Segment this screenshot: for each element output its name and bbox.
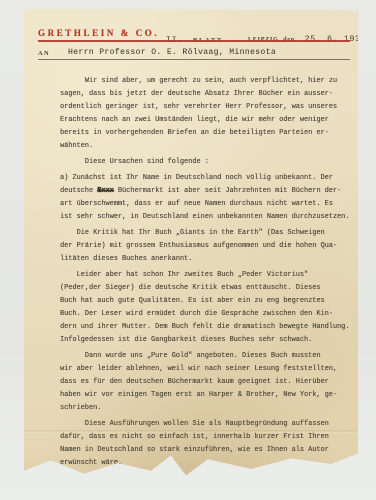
letterhead-rule — [38, 40, 350, 42]
scan-background: GRETHLEIN & CO. II. BLATT LEIPZIG, den 2… — [0, 0, 376, 500]
place-and-date: LEIPZIG, den 25. 6. 1930 — [248, 28, 366, 46]
company-name: GRETHLEIN & CO. — [38, 28, 159, 38]
letter-body: Wir sind aber, um gerecht zu sein, auch … — [60, 75, 355, 473]
sheet-label: II. BLATT — [166, 29, 223, 47]
recipient-line: Herrn Professor O. E. Rölvaag, Minnesota — [68, 48, 276, 57]
paragraph-cause-a: a) Zunächst ist Ihr Name in Deutschland … — [60, 172, 355, 224]
paragraph-conclusion: Diese Ausführungen wollen Sie als Hauptb… — [60, 418, 355, 470]
letter-date: 25. 6. 1930 — [305, 34, 367, 44]
paragraph-causes-heading: Diese Ursachen sind folgende : — [60, 156, 355, 169]
paragraph-intro: Wir sind aber, um gerecht zu sein, auch … — [60, 75, 355, 153]
paragraph-peder-review: Leider aber hat schon Ihr zweites Buch „… — [60, 269, 355, 347]
paragraph-pure-gold: Dann wurde uns „Pure Gold" angeboten. Di… — [60, 350, 355, 415]
letter-page: GRETHLEIN & CO. II. BLATT LEIPZIG, den 2… — [24, 9, 358, 487]
to-label: AN — [38, 50, 50, 57]
paragraph-giants-review: Die Kritik hat Ihr Buch „Giants in the E… — [60, 227, 355, 266]
recipient-underline — [38, 59, 350, 60]
overstruck-word: Bxxx — [97, 187, 114, 195]
